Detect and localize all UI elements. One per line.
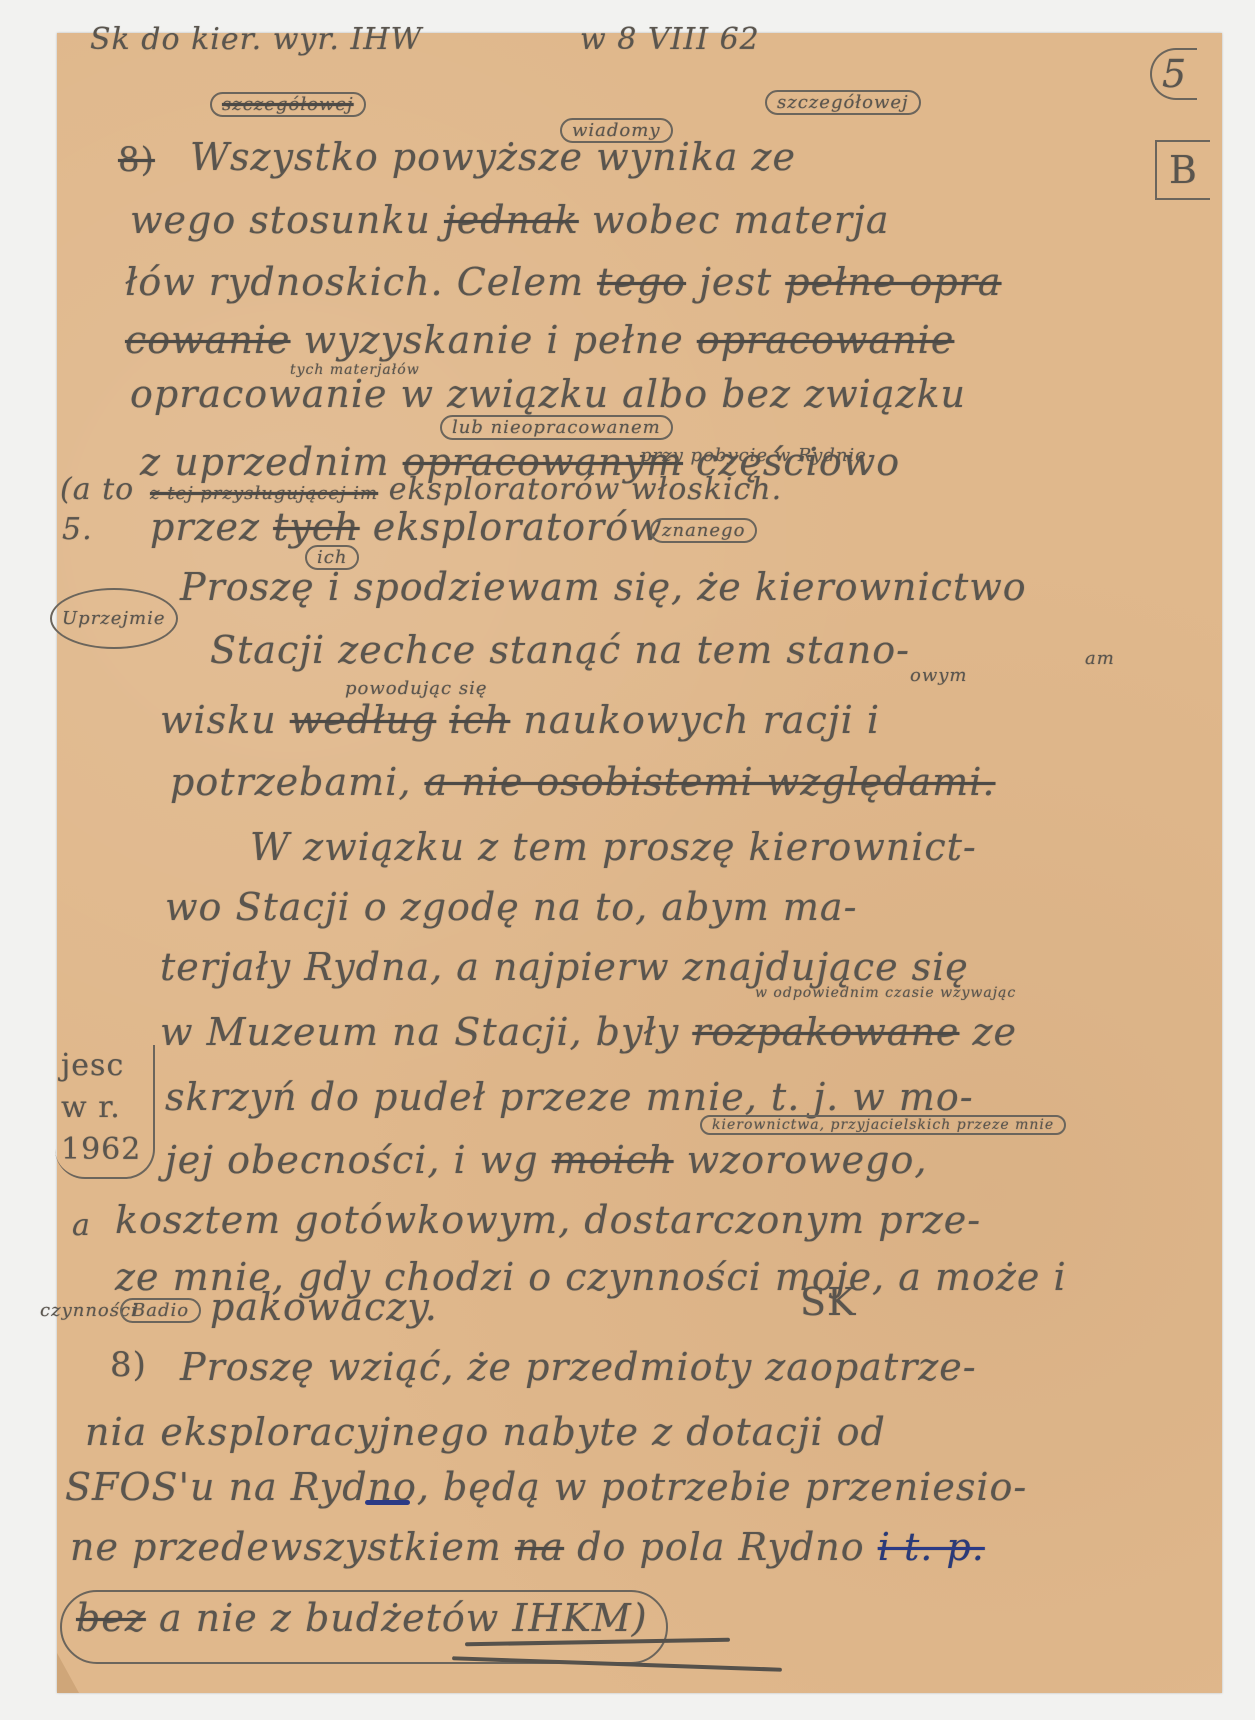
margin-note-uprzejmie: Uprzejmie [50, 588, 178, 649]
text-line: jej obecności, i wg moich wzorowego, [165, 1138, 927, 1182]
margin-date-box: jesc w r. 1962 [55, 1045, 155, 1179]
text-line: z tej przysługującej im eksploratorów wł… [150, 472, 782, 507]
struck-item-number: 8) [118, 140, 155, 180]
circled-insertion: Badio [120, 1298, 201, 1323]
struck-annotation: szczegółowej [210, 92, 366, 117]
text-line: potrzebami, a nie osobistemi względami. [170, 760, 995, 804]
margin-box-line: w r. [61, 1087, 141, 1129]
text-line: cowanie wyzyskanie i pełne opracowanie [125, 318, 954, 362]
text-line: łów rydnoskich. Celem tego jest pełne op… [125, 260, 1001, 304]
interlinear-note: lub nieopracowanem [440, 415, 673, 440]
header-addressee: Sk do kier. wyr. IHW [90, 22, 422, 57]
interlinear-note: kierownictwa, przyjacielskich przeze mni… [700, 1115, 1066, 1135]
margin-note-a: a [72, 1208, 91, 1243]
margin-note-5: 5. [62, 512, 93, 547]
margin-box-line: jesc [61, 1045, 141, 1087]
text-line: kosztem gotówkowym, dostarczonym prze- [115, 1198, 981, 1242]
interlinear-note: am [1085, 648, 1115, 669]
text-line: opracowanie w związku albo bez związku [130, 372, 966, 416]
interlinear-note: w odpowiednim czasie wzywając [755, 985, 1016, 1001]
ink-correction-mark [365, 1500, 410, 1505]
section-marker: B [1155, 140, 1210, 200]
folded-corner [57, 1653, 79, 1693]
text-line: wo Stacji o zgodę na to, abym ma- [165, 885, 857, 929]
header-date: w 8 VIII 62 [580, 22, 760, 57]
margin-note-a-to: (a to [60, 472, 134, 507]
interlinear-note: przy pobycie w Rydnie [640, 445, 867, 466]
page-number-marker: 5 [1150, 48, 1197, 100]
text-line: przez tych eksploratorów [150, 505, 663, 549]
text-line: w Muzeum na Stacji, były rozpakowane ze [160, 1010, 1017, 1054]
text-line: Proszę i spodziewam się, że kierownictwo [180, 565, 1027, 609]
item-number: 8) [110, 1345, 147, 1385]
signature-initials: SK [800, 1280, 856, 1324]
interlinear-note: powodując się [345, 678, 487, 699]
circled-annotation: szczegółowej [765, 90, 921, 115]
text-line: pakowaczy. [210, 1285, 438, 1329]
interlinear-note: owym [910, 665, 967, 686]
text-line: nia eksploracyjnego nabyte z dotacji od [85, 1410, 886, 1454]
text-line: wego stosunku jednak wobec materja [130, 198, 890, 242]
text-line: ne przedewszystkiem na do pola Rydno i t… [70, 1525, 985, 1569]
text-line: terjały Rydna, a najpierw znajdujące się [160, 945, 969, 989]
circled-insertion: znanego [650, 518, 757, 543]
text-line: Proszę wziąć, że przedmioty zaopatrze- [180, 1345, 977, 1389]
text-line: W związku z tem proszę kierownict- [250, 825, 977, 869]
text-line: Wszystko powyższe wynika ze [190, 135, 796, 179]
text-line: Stacji zechce stanąć na tem stano- [210, 628, 910, 672]
margin-box-line: 1962 [61, 1129, 141, 1171]
text-line: wisku według ich naukowych racji i [160, 698, 880, 742]
text-line: skrzyń do pudeł przeze mnie, t. j. w mo- [165, 1075, 974, 1119]
text-line: SFOS'u na Rydno, będą w potrzebie przeni… [65, 1465, 1027, 1509]
circled-parenthetical: bez a nie z budżetów IHKM) [60, 1590, 668, 1664]
